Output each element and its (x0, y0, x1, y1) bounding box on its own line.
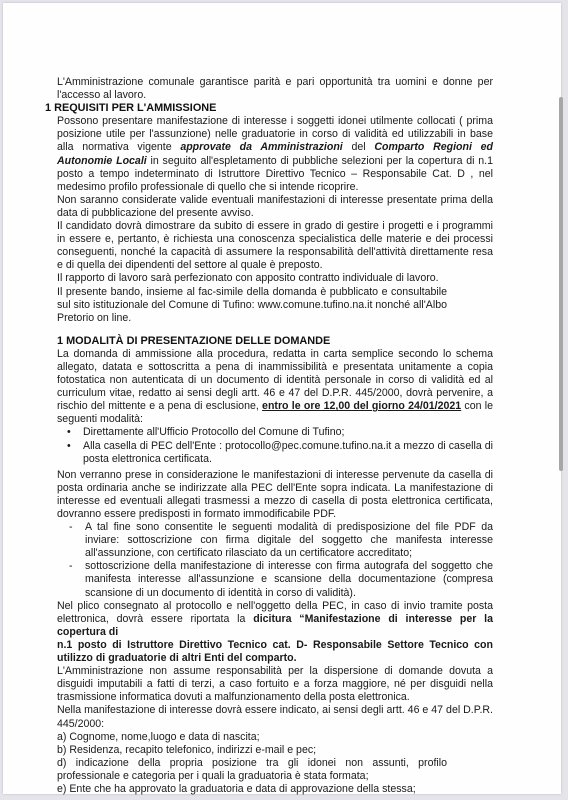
scrollbar-thumb[interactable] (559, 97, 563, 471)
intro-paragraph: L'Amministrazione comunale garantisce pa… (57, 76, 493, 102)
declaration-item: a) Cognome, nome,luogo e data di nascita… (57, 731, 493, 744)
modalita-paragraph-3: Nel plico consegnato al protocollo e nel… (57, 600, 493, 639)
requisiti-paragraph-3: Il candidato dovrà dimostrare da subito … (57, 220, 493, 272)
pdf-methods-list: -A tal fine sono consentite le seguenti … (57, 521, 493, 600)
list-item: -A tal fine sono consentite le seguenti … (57, 521, 493, 560)
declaration-item: d) indicazione della propria posizione t… (57, 757, 447, 783)
subject-line-continued: n.1 posto di Istruttore Direttivo Tecnic… (57, 639, 493, 665)
list-item: •Direttamente all'Ufficio Protocollo del… (57, 426, 493, 439)
requisiti-paragraph-2: Non saranno considerate valide eventuali… (57, 194, 493, 220)
section-heading-requisiti: 1 REQUISITI PER L'AMMISSIONE (45, 102, 493, 115)
submission-methods-list: •Direttamente all'Ufficio Protocollo del… (57, 426, 493, 465)
spacer (57, 325, 493, 335)
list-item: -sottoscrizione della manifestazione di … (57, 560, 493, 599)
document-body: L'Amministrazione comunale garantisce pa… (57, 76, 493, 796)
declaration-item: b) Residenza, recapito telefonico, indir… (57, 744, 493, 757)
emphasis-approvate: approvate da Amministrazioni (180, 141, 342, 153)
modalita-paragraph-1: La domanda di ammissione alla procedura,… (57, 348, 493, 427)
declaration-item: e) Ente che ha approvato la graduatoria … (57, 783, 493, 796)
section-heading-modalita: 1 MODALITÀ DI PRESENTAZIONE DELLE DOMAND… (57, 335, 493, 348)
modalita-paragraph-2: Non verranno prese in considerazione le … (57, 469, 493, 521)
requisiti-paragraph-5: Il presente bando, insieme al fac-simile… (57, 286, 447, 325)
list-item: •Alla casella di PEC dell'Ente : protoco… (57, 440, 493, 466)
document-page: L'Amministrazione comunale garantisce pa… (3, 3, 561, 794)
modalita-paragraph-5: Nella manifestazione di interesse dovrà … (57, 704, 493, 730)
bullet-icon: • (67, 426, 71, 439)
dash-icon: - (69, 521, 73, 534)
requisiti-paragraph-4: Il rapporto di lavoro sarà perfezionato … (57, 272, 493, 285)
requisiti-paragraph-1: Possono presentare manifestazione di int… (57, 115, 493, 194)
deadline: entro le ore 12,00 del giorno 24/01/2021 (262, 400, 461, 412)
dash-icon: - (69, 560, 73, 573)
modalita-paragraph-4: L'Amministrazione non assume responsabil… (57, 665, 493, 704)
bullet-icon: • (67, 440, 71, 453)
